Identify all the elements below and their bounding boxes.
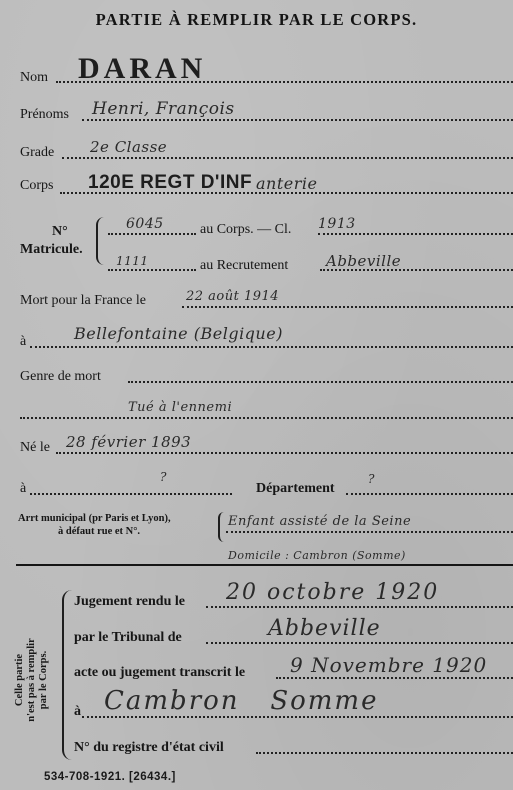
lieu-naissance-value: ? [160, 470, 167, 484]
document-card: PARTIE À REMPLIR PAR LE CORPS. Nom DARAN… [0, 0, 513, 790]
jugement-rendu-dotted-line [206, 606, 513, 608]
tribunal-value: Abbeville [268, 616, 381, 641]
document-title: PARTIE À REMPLIR PAR LE CORPS. [0, 10, 513, 30]
mort-dotted-line [182, 306, 513, 308]
prenoms-label: Prénoms [20, 107, 69, 123]
side-note-line2: n'est pas à remplir [26, 625, 38, 735]
section-divider [16, 564, 513, 566]
registre-dotted-line [256, 752, 513, 754]
arrondissement-label-line1: Arrt municipal (pr Paris et Lyon), [18, 513, 171, 524]
grade-label: Grade [20, 145, 54, 161]
tribunal-label: par le Tribunal de [74, 630, 182, 646]
print-reference: 534-708-1921. [26434.] [44, 771, 176, 783]
side-note-line3: par le Corps. [38, 625, 50, 735]
lieu-naissance-label: à [20, 481, 26, 497]
arrondissement-brace [218, 512, 224, 542]
lieu-naissance-dotted-line [30, 493, 232, 495]
side-note: Celle partie n'est pas à remplir par le … [14, 625, 50, 735]
arrondissement-value-line1: Enfant assisté de la Seine [228, 514, 411, 529]
genre-mort-dotted-line-2 [20, 417, 513, 419]
naissance-label: Né le [20, 440, 50, 456]
departement-label: Département [256, 481, 335, 497]
transcrit-dotted-line [276, 677, 513, 679]
lieu-mort-dotted-line [30, 346, 513, 348]
genre-mort-value: Tué à l'ennemi [128, 400, 232, 415]
classe-value: 1913 [318, 216, 356, 232]
lieu-transcription-label: à [74, 704, 81, 720]
grade-dotted-line [62, 157, 513, 159]
recrutement-number-dotted-line [108, 269, 196, 271]
classe-dotted-line [318, 233, 513, 235]
arrondissement-value-line2: Domicile : Cambron (Somme) [228, 549, 406, 562]
recrutement-suffix: au Recrutement [200, 258, 288, 274]
lieu-mort-label: à [20, 334, 26, 350]
corps-number-value: 6045 [126, 216, 164, 232]
lieu-transcription-value: Cambron Somme [104, 686, 378, 716]
lieu-transcription-dotted-line [82, 716, 513, 718]
jugement-rendu-value: 20 octobre 1920 [226, 580, 439, 605]
naissance-dotted-line [56, 452, 513, 454]
recrutement-number-value: 1111 [116, 254, 149, 268]
naissance-date-value: 28 février 1893 [66, 433, 191, 451]
corps-stamp-value: 120E REGT D'INF [88, 172, 252, 194]
corps-number-dotted-line [108, 233, 196, 235]
lieu-mort-value: Bellefontaine (Belgique) [74, 324, 283, 343]
genre-mort-label: Genre de mort [20, 369, 101, 385]
arrondissement-label-line2: à défaut rue et N°. [58, 526, 140, 537]
corps-label: Corps [20, 178, 53, 194]
genre-mort-dotted-line [128, 381, 513, 383]
side-note-line1: Celle partie [14, 625, 26, 735]
grade-value: 2e Classe [90, 138, 167, 156]
corps-number-suffix: au Corps. — Cl. [200, 222, 291, 238]
prenoms-dotted-line [82, 119, 513, 121]
prenoms-value: Henri, François [92, 99, 235, 119]
mort-label: Mort pour la France le [20, 293, 146, 309]
nom-value: DARAN [78, 52, 206, 86]
departement-value: ? [368, 472, 375, 486]
departement-dotted-line [346, 493, 513, 495]
mort-date-value: 22 août 1914 [186, 289, 279, 304]
jugement-rendu-label: Jugement rendu le [74, 594, 185, 610]
corps-handwritten-value: anterie [256, 174, 317, 193]
matricule-no-label: N° [52, 224, 68, 240]
tribunal-dotted-line [206, 642, 513, 644]
arrondissement-dotted-line [226, 531, 513, 533]
matricule-label: Matricule. [20, 242, 83, 258]
judgment-brace [62, 590, 72, 760]
transcrit-label: acte ou jugement transcrit le [74, 665, 245, 681]
nom-label: Nom [20, 70, 48, 86]
recrutement-place-value: Abbeville [326, 252, 401, 270]
transcrit-value: 9 Novembre 1920 [290, 653, 487, 677]
registre-label: N° du registre d'état civil [74, 740, 224, 756]
matricule-brace [96, 217, 104, 265]
